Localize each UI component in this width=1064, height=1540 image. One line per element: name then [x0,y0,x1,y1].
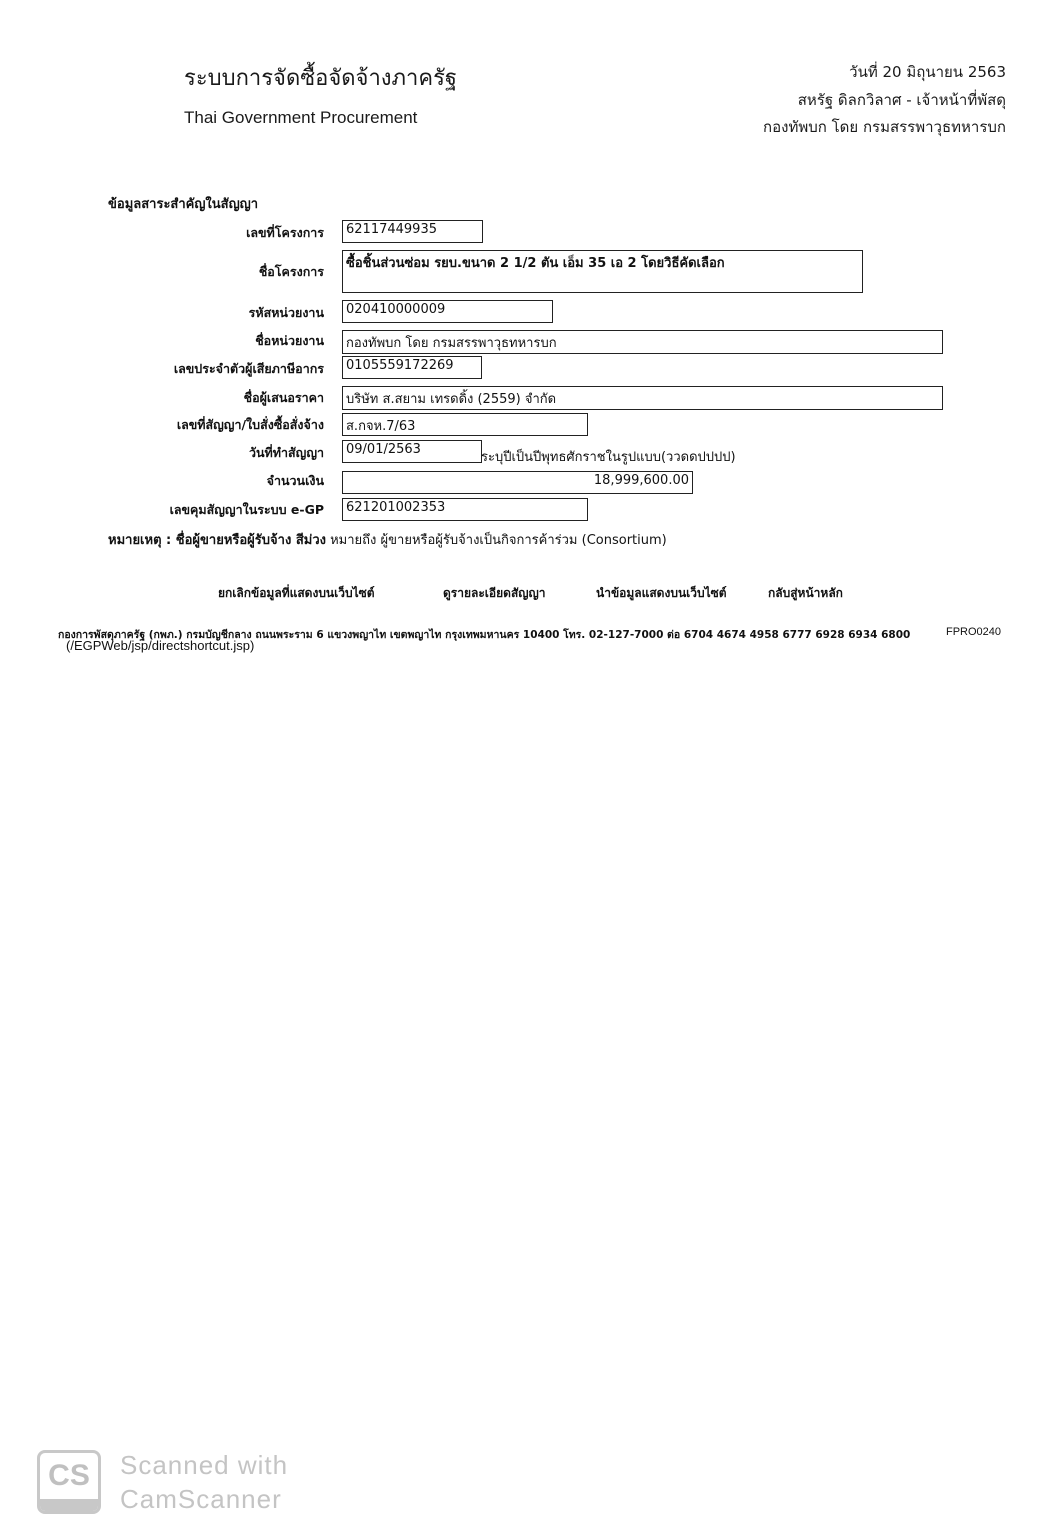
system-title-english: Thai Government Procurement [184,108,417,128]
amount-field[interactable]: 18,999,600.00 [342,471,693,494]
contract-no-label: เลขที่สัญญา/ใบสั่งซื้อสั่งจ้าง [64,415,324,435]
agency-info: กองทัพบก โดย กรมสรรพาวุธทหารบก [763,115,1006,139]
cancel-display-link[interactable]: ยกเลิกข้อมูลที่แสดงบนเว็บไซต์ [218,584,375,603]
user-info: สหรัฐ ดิลกวิลาศ - เจ้าหน้าที่พัสดุ [798,88,1006,112]
note-highlight: สีม่วง [296,533,326,548]
unit-code-field[interactable]: 020410000009 [342,300,553,323]
bidder-name-field[interactable]: บริษัท ส.สยาม เทรดดิ้ง (2559) จำกัด [342,386,943,410]
form-code: FPRO0240 [946,626,1001,638]
tax-id-label: เลขประจำตัวผู้เสียภาษีอากร [64,359,324,379]
unit-code-label: รหัสหน่วยงาน [64,303,324,323]
logo-bar [40,1499,98,1511]
section-title: ข้อมูลสาระสำคัญในสัญญา [108,193,258,214]
egp-contract-no-label: เลขคุมสัญญาในระบบ e-GP [64,500,324,520]
view-contract-link[interactable]: ดูรายละเอียดสัญญา [443,584,545,603]
project-name-textarea[interactable]: ซื้อชิ้นส่วนซ่อม รยบ.ขนาด 2 1/2 ตัน เอ็ม… [342,250,863,293]
logo-text: CS [40,1459,98,1493]
unit-name-label: ชื่อหน่วยงาน [64,331,324,351]
note-prefix: หมายเหตุ : ชื่อผู้ขายหรือผู้รับจ้าง [108,533,296,548]
tax-id-field[interactable]: 0105559172269 [342,356,482,379]
contract-date-field[interactable]: 09/01/2563 [342,440,482,463]
date-format-hint: ระบุปีเป็นปีพุทธศักราชในรูปแบบ(ววดดปปปป) [481,446,736,467]
camscanner-logo-icon: CS [37,1450,101,1514]
publish-link[interactable]: นำข้อมูลแสดงบนเว็บไซต์ [596,584,727,603]
back-home-link[interactable]: กลับสู่หน้าหลัก [768,584,843,603]
contract-date-label: วันที่ทำสัญญา [64,443,324,463]
project-name-label: ชื่อโครงการ [64,262,324,282]
bidder-name-label: ชื่อผู้เสนอราคา [64,388,324,408]
unit-name-field[interactable]: กองทัพบก โดย กรมสรรพาวุธทหารบก [342,330,943,354]
watermark-line-2: CamScanner [120,1484,282,1515]
note-suffix: หมายถึง ผู้ขายหรือผู้รับจ้างเป็นกิจการค้… [326,533,667,548]
project-no-label: เลขที่โครงการ [64,223,324,243]
amount-label: จำนวนเงิน [64,471,324,491]
contract-no-field[interactable]: ส.กจห.7/63 [342,413,588,436]
print-date: วันที่ 20 มิถุนายน 2563 [849,60,1006,84]
project-no-field[interactable]: 62117449935 [342,220,483,243]
egp-contract-no-field[interactable]: 621201002353 [342,498,588,521]
footer-path: (/EGPWeb/jsp/directshortcut.jsp) [66,638,254,653]
system-title-thai: ระบบการจัดซื้อจัดจ้างภาครัฐ [184,60,457,95]
watermark-line-1: Scanned with [120,1450,288,1481]
consortium-note: หมายเหตุ : ชื่อผู้ขายหรือผู้รับจ้าง สีม่… [108,529,667,550]
